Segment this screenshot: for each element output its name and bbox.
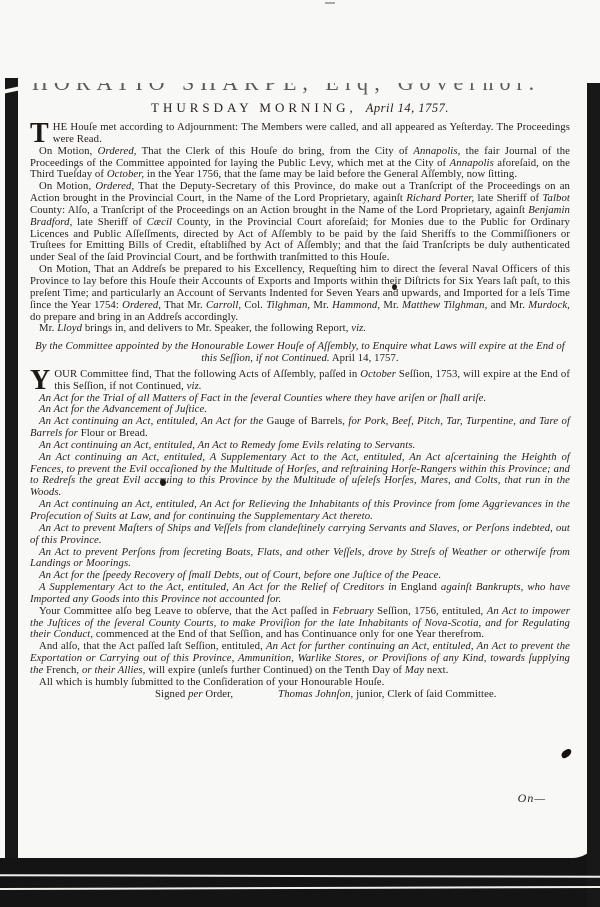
pen-mark	[560, 748, 573, 759]
paragraph-opening: THE Houſe met according to Adjournment: …	[30, 122, 570, 146]
paragraph-act: An Act continuing an Act, entituled, An …	[30, 416, 570, 440]
catchword: On—	[518, 791, 546, 806]
paragraph-act: An Act continuing an Act, entituled, A S…	[30, 452, 570, 499]
paragraph-act: An Act to prevent Maſters of Ships and V…	[30, 523, 570, 547]
scan-mark	[325, 2, 335, 4]
signature-line: Signed per Order,Thomas Johnſon, junior,…	[30, 689, 570, 701]
paragraph-act: A Supplementary Act to the Act, entitule…	[30, 582, 570, 606]
scan-left-edge	[5, 78, 18, 858]
dateline-date: April 14, 1757.	[366, 101, 449, 115]
paragraph-body: On Motion, Ordered, That the Deputy-Secr…	[30, 181, 570, 264]
scanned-page: HORATIO SHARPE, Eſq; Governor. THURSDAY …	[0, 0, 600, 858]
ink-speck	[392, 284, 397, 290]
page-header-cutoff: HORATIO SHARPE, Eſq; Governor.	[32, 83, 552, 96]
paragraph-act: An Act continuing an Act, entituled, An …	[30, 499, 570, 523]
paragraph-body: On Motion, That an Addreſs be prepared t…	[30, 264, 570, 323]
paragraph-body: Your Committee alſo beg Leave to obſerve…	[30, 606, 570, 642]
dateline: THURSDAY MORNING, April 14, 1757.	[0, 99, 600, 117]
paragraph-act: An Act to prevent Perſons from ſecreting…	[30, 547, 570, 571]
scan-bottom-line	[0, 886, 600, 890]
drop-cap-letter: Y	[30, 369, 54, 392]
document-body: THE Houſe met according to Adjournment: …	[30, 122, 570, 701]
scan-right-edge	[587, 83, 600, 907]
paragraph-opening: YOUR Committee find, That the following …	[30, 369, 570, 393]
ink-speck	[160, 479, 166, 486]
scan-bottom-line	[0, 874, 600, 878]
paragraph-body: All which is humbly ſubmitted to the Con…	[30, 677, 570, 689]
paragraph-body: And alſo, that the Act paſſed laſt Seſſi…	[30, 641, 570, 677]
governor-title-text: HORATIO SHARPE, Eſq; Governor.	[32, 83, 552, 96]
paragraph-body: On Motion, Ordered, That the Clerk of th…	[30, 146, 570, 182]
paragraph-body: Mr. Lloyd brings in, and delivers to Mr.…	[30, 323, 570, 335]
dateline-day: THURSDAY MORNING,	[151, 100, 357, 115]
drop-cap-letter: T	[30, 122, 53, 145]
paragraph-report-heading: By the Committee appointed by the Honour…	[34, 341, 566, 365]
